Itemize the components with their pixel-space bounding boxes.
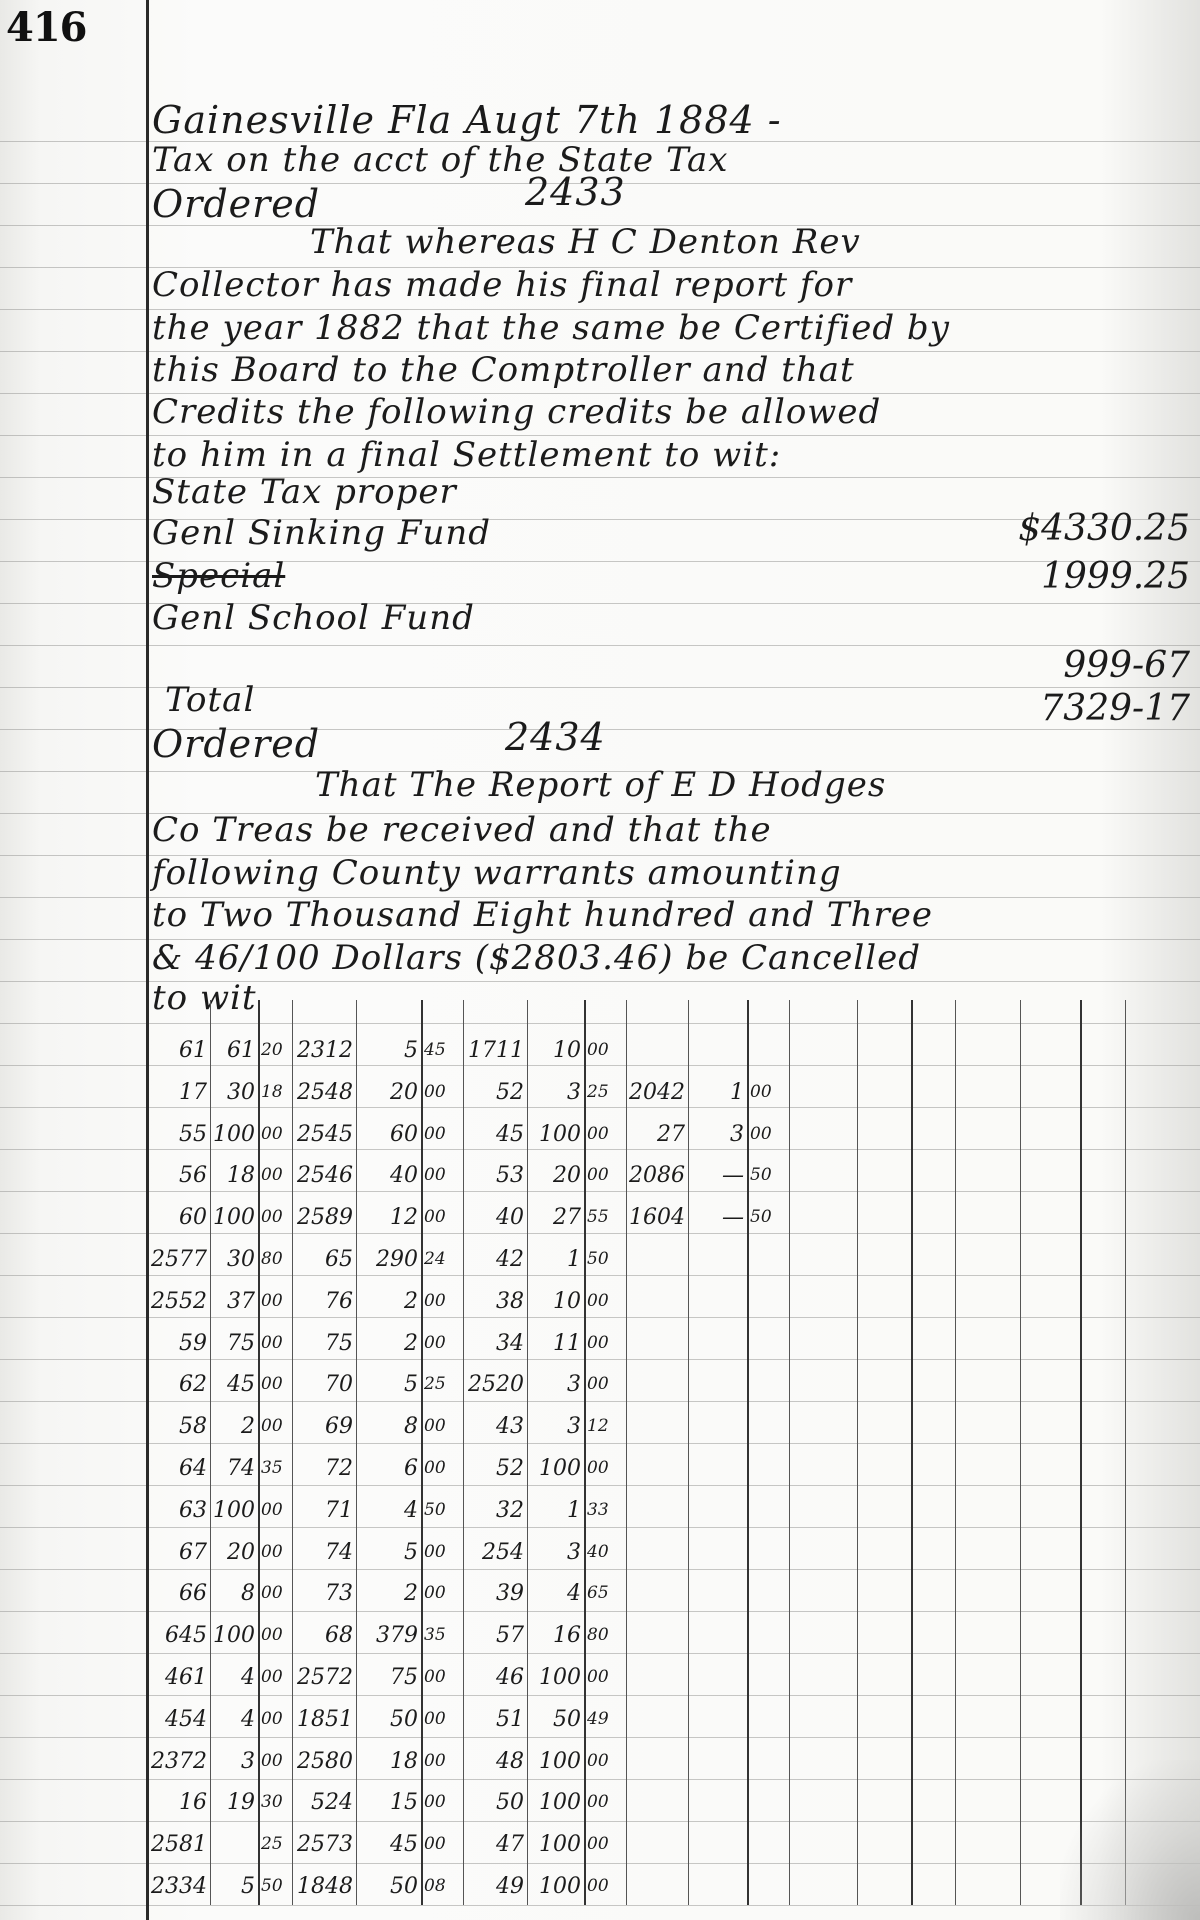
cell-warrant-number: 46 [463, 1657, 527, 1698]
cell-warrant-number: 1604 [626, 1197, 688, 1238]
cell-cents [747, 1030, 789, 1071]
table-row: 561800254640005320002086—50 [148, 1155, 1198, 1196]
order-2433-line-4: this Board to the Comptroller and that [152, 350, 855, 390]
cell-cents: 00 [258, 1532, 292, 1573]
cell-warrant-number [626, 1030, 688, 1071]
cell-cents [747, 1782, 789, 1823]
cell-cents: 00 [584, 1657, 626, 1698]
cell-cents [747, 1615, 789, 1656]
cell-cents [747, 1573, 789, 1614]
table-row: 624500705252520300 [148, 1364, 1198, 1405]
cell-cents [747, 1741, 789, 1782]
cell-warrant-number: 53 [463, 1155, 527, 1196]
cell-warrant-number: 64 [148, 1448, 210, 1489]
cell-cents: 00 [421, 1573, 463, 1614]
cell-cents: 00 [258, 1573, 292, 1614]
cell-dollars: 5 [356, 1532, 421, 1573]
table-row: 25773080652902442150 [148, 1239, 1198, 1280]
page-corner-shadow [1060, 1760, 1200, 1920]
cell-dollars: 40 [356, 1155, 421, 1196]
cell-cents: 00 [584, 1741, 626, 1782]
cell-dollars: 1 [527, 1490, 584, 1531]
cell-dollars: 10 [527, 1030, 584, 1071]
cell-warrant-number: 70 [292, 1364, 356, 1405]
cell-warrant-number: 2589 [292, 1197, 356, 1238]
cell-dollars [210, 1824, 258, 1865]
cell-warrant-number [626, 1448, 688, 1489]
cell-dollars: 3 [527, 1364, 584, 1405]
cell-warrant-number: 60 [148, 1197, 210, 1238]
cell-dollars: 100 [527, 1866, 584, 1907]
cell-warrant-number: 2312 [292, 1030, 356, 1071]
cell-cents: 80 [258, 1239, 292, 1280]
cell-warrant-number: 58 [148, 1406, 210, 1447]
cell-dollars [688, 1699, 747, 1740]
cell-dollars: 2 [356, 1573, 421, 1614]
table-row: 2372300258018004810000 [148, 1741, 1198, 1782]
cell-warrant-number: 2086 [626, 1155, 688, 1196]
cell-warrant-number [626, 1615, 688, 1656]
cell-cents: 00 [258, 1155, 292, 1196]
cell-cents: 00 [421, 1197, 463, 1238]
order-2433-label: Ordered [152, 182, 320, 226]
cell-warrant-number: 48 [463, 1741, 527, 1782]
cell-dollars: 45 [356, 1824, 421, 1865]
cell-dollars: 75 [356, 1657, 421, 1698]
cell-warrant-number: 2572 [292, 1657, 356, 1698]
order-2433-line-5: Credits the following credits be allowed [152, 392, 881, 432]
cell-cents: 49 [584, 1699, 626, 1740]
cell-dollars: 30 [210, 1239, 258, 1280]
cell-cents: 00 [421, 1323, 463, 1364]
cell-cents: 00 [584, 1030, 626, 1071]
cell-dollars: 4 [210, 1657, 258, 1698]
cell-cents: 00 [258, 1615, 292, 1656]
cell-warrant-number: 524 [292, 1782, 356, 1823]
cell-cents: 33 [584, 1490, 626, 1531]
cell-cents: 00 [258, 1699, 292, 1740]
cell-warrant-number: 1711 [463, 1030, 527, 1071]
cell-cents [747, 1657, 789, 1698]
cell-warrant-number: 2580 [292, 1741, 356, 1782]
cell-dollars [688, 1657, 747, 1698]
cell-dollars: 20 [210, 1532, 258, 1573]
table-row: 668007320039465 [148, 1573, 1198, 1614]
cell-cents: 25 [584, 1072, 626, 1113]
cell-dollars [688, 1406, 747, 1447]
cell-cents: 00 [584, 1281, 626, 1322]
order-2434-line-2: Co Treas be received and that the [152, 810, 772, 850]
cell-dollars: 100 [527, 1114, 584, 1155]
cell-dollars [688, 1866, 747, 1907]
cell-dollars: 74 [210, 1448, 258, 1489]
cell-dollars [688, 1741, 747, 1782]
cell-cents: 00 [421, 1699, 463, 1740]
cell-warrant-number: 49 [463, 1866, 527, 1907]
cell-warrant-number: 50 [463, 1782, 527, 1823]
cell-dollars [688, 1239, 747, 1280]
heading-subject-line: Tax on the acct of the State Tax [152, 140, 728, 180]
cell-cents: 55 [584, 1197, 626, 1238]
cell-dollars [688, 1782, 747, 1823]
cell-warrant-number: 2042 [626, 1072, 688, 1113]
cell-warrant-number: 47 [463, 1824, 527, 1865]
cell-dollars [688, 1573, 747, 1614]
cell-dollars: 75 [210, 1323, 258, 1364]
cell-cents: 00 [421, 1406, 463, 1447]
cell-warrant-number: 2545 [292, 1114, 356, 1155]
order-2433-line-1: That whereas H C Denton Rev [310, 222, 861, 262]
cell-dollars: 100 [527, 1824, 584, 1865]
heading-date-line: Gainesville Fla Augt 7th 1884 - [152, 98, 782, 142]
cell-warrant-number: 63 [148, 1490, 210, 1531]
cell-dollars: 290 [356, 1239, 421, 1280]
cell-cents: 00 [747, 1072, 789, 1113]
cell-dollars: 3 [527, 1406, 584, 1447]
cell-warrant-number: 56 [148, 1155, 210, 1196]
cell-warrant-number: 55 [148, 1114, 210, 1155]
item-special-label: Special [152, 556, 285, 596]
cell-dollars: 18 [210, 1155, 258, 1196]
cell-cents: 00 [258, 1741, 292, 1782]
cell-warrant-number: 62 [148, 1364, 210, 1405]
cell-dollars: 45 [210, 1364, 258, 1405]
cell-dollars: 11 [527, 1323, 584, 1364]
order-2433-line-6: to him in a final Settlement to wit: [152, 435, 781, 475]
cell-warrant-number: 67 [148, 1532, 210, 1573]
cell-cents: 00 [584, 1114, 626, 1155]
cell-cents [747, 1490, 789, 1531]
table-row: 461400257275004610000 [148, 1657, 1198, 1698]
cell-warrant-number [626, 1699, 688, 1740]
cell-warrant-number [626, 1532, 688, 1573]
cell-cents: 00 [421, 1532, 463, 1573]
table-row: 551000025456000451000027300 [148, 1114, 1198, 1155]
cell-warrant-number: 43 [463, 1406, 527, 1447]
cell-warrant-number: 17 [148, 1072, 210, 1113]
cell-warrant-number [626, 1490, 688, 1531]
cell-warrant-number [626, 1406, 688, 1447]
cell-warrant-number: 45 [463, 1114, 527, 1155]
cell-cents: 00 [421, 1281, 463, 1322]
cell-cents: 18 [258, 1072, 292, 1113]
cell-cents: 65 [584, 1573, 626, 1614]
order-2434-number: 2434 [505, 715, 606, 759]
cell-warrant-number: 1848 [292, 1866, 356, 1907]
cell-cents: 30 [258, 1782, 292, 1823]
item-genl-sinking-fund-label: Genl Sinking Fund [152, 513, 491, 553]
order-2434-label: Ordered [152, 722, 320, 766]
cell-warrant-number: 75 [292, 1323, 356, 1364]
cell-cents [747, 1532, 789, 1573]
cell-dollars: 50 [356, 1699, 421, 1740]
cell-warrant-number: 461 [148, 1657, 210, 1698]
table-row: 6010000258912004027551604—50 [148, 1197, 1198, 1238]
table-row: 17301825482000523252042100 [148, 1072, 1198, 1113]
cell-warrant-number: 2581 [148, 1824, 210, 1865]
cell-warrant-number: 2573 [292, 1824, 356, 1865]
cell-dollars: 10 [527, 1281, 584, 1322]
cell-warrant-number: 2548 [292, 1072, 356, 1113]
cell-warrant-number: 59 [148, 1323, 210, 1364]
cell-warrant-number: 72 [292, 1448, 356, 1489]
cell-warrant-number [626, 1364, 688, 1405]
cell-dollars: 3 [688, 1114, 747, 1155]
cell-cents: 00 [421, 1155, 463, 1196]
table-row: 59750075200341100 [148, 1323, 1198, 1364]
cell-dollars [688, 1490, 747, 1531]
cell-warrant-number: 52 [463, 1072, 527, 1113]
cell-cents: 00 [258, 1490, 292, 1531]
order-2434-line-1: That The Report of E D Hodges [315, 765, 886, 805]
item-school-fund-amount: 999-67 [990, 645, 1190, 686]
cell-cents: 00 [258, 1364, 292, 1405]
cell-cents: 00 [258, 1281, 292, 1322]
cell-warrant-number: 1851 [292, 1699, 356, 1740]
cell-cents: 80 [584, 1615, 626, 1656]
cell-dollars [688, 1448, 747, 1489]
cell-dollars: 100 [210, 1490, 258, 1531]
item-genl-sinking-fund-amount: $4330.25 [990, 508, 1190, 549]
cell-cents: 24 [421, 1239, 463, 1280]
cell-cents [747, 1824, 789, 1865]
cell-cents: 00 [584, 1155, 626, 1196]
cell-cents [747, 1866, 789, 1907]
cell-warrant-number [626, 1323, 688, 1364]
cell-dollars: 8 [356, 1406, 421, 1447]
table-row: 2552370076200381000 [148, 1281, 1198, 1322]
order-2434-line-4: to Two Thousand Eight hundred and Three [152, 895, 933, 935]
cell-warrant-number: 57 [463, 1615, 527, 1656]
cell-dollars: 50 [527, 1699, 584, 1740]
cell-dollars: 15 [356, 1782, 421, 1823]
cell-cents: 00 [584, 1782, 626, 1823]
cell-cents: 00 [421, 1448, 463, 1489]
cell-warrant-number: 38 [463, 1281, 527, 1322]
cell-dollars: 2 [356, 1323, 421, 1364]
cell-dollars [688, 1281, 747, 1322]
cell-dollars: 61 [210, 1030, 258, 1071]
cell-dollars: 20 [356, 1072, 421, 1113]
cell-dollars: 5 [210, 1866, 258, 1907]
cell-cents: 35 [258, 1448, 292, 1489]
cell-dollars [688, 1824, 747, 1865]
cell-cents [747, 1448, 789, 1489]
cell-dollars [688, 1532, 747, 1573]
cell-warrant-number: 69 [292, 1406, 356, 1447]
cell-dollars: 100 [527, 1657, 584, 1698]
cell-dollars: 27 [527, 1197, 584, 1238]
table-row: 647435726005210000 [148, 1448, 1198, 1489]
cell-warrant-number [626, 1573, 688, 1614]
cell-warrant-number: 2546 [292, 1155, 356, 1196]
cell-warrant-number: 2372 [148, 1741, 210, 1782]
cell-warrant-number [626, 1239, 688, 1280]
cell-dollars: 2 [210, 1406, 258, 1447]
cell-cents: 50 [747, 1155, 789, 1196]
cell-warrant-number: 65 [292, 1239, 356, 1280]
cell-cents: 50 [747, 1197, 789, 1238]
cell-dollars [688, 1364, 747, 1405]
cell-warrant-number: 40 [463, 1197, 527, 1238]
cell-dollars: 37 [210, 1281, 258, 1322]
cell-warrant-number: 2520 [463, 1364, 527, 1405]
total-label: Total [165, 680, 255, 720]
cell-cents: 08 [421, 1866, 463, 1907]
cell-cents: 00 [258, 1406, 292, 1447]
cell-dollars: 2 [356, 1281, 421, 1322]
cell-cents: 00 [258, 1657, 292, 1698]
cell-cents [747, 1364, 789, 1405]
cell-dollars: 20 [527, 1155, 584, 1196]
cell-cents: 50 [258, 1866, 292, 1907]
cell-cents: 00 [584, 1824, 626, 1865]
cell-dollars: 4 [356, 1490, 421, 1531]
cell-cents: 00 [747, 1114, 789, 1155]
order-2434-line-3: following County warrants amounting [152, 853, 842, 893]
cell-warrant-number [626, 1741, 688, 1782]
cell-warrant-number: 2334 [148, 1866, 210, 1907]
cell-dollars: 30 [210, 1072, 258, 1113]
cell-warrant-number: 73 [292, 1573, 356, 1614]
cell-dollars: 6 [356, 1448, 421, 1489]
cell-cents: 20 [258, 1030, 292, 1071]
cell-cents: 45 [421, 1030, 463, 1071]
cell-warrant-number: 16 [148, 1782, 210, 1823]
cell-warrant-number: 254 [463, 1532, 527, 1573]
cell-cents: 00 [421, 1114, 463, 1155]
cell-cents: 00 [421, 1741, 463, 1782]
cell-cents: 50 [584, 1239, 626, 1280]
cell-warrant-number: 42 [463, 1239, 527, 1280]
item-special-amount: 1999.25 [990, 556, 1190, 597]
cell-warrant-number [626, 1866, 688, 1907]
cell-dollars: 100 [527, 1782, 584, 1823]
table-row: 63100007145032133 [148, 1490, 1198, 1531]
total-amount: 7329-17 [990, 688, 1190, 729]
cell-warrant-number [626, 1782, 688, 1823]
cell-warrant-number: 76 [292, 1281, 356, 1322]
cell-warrant-number: 66 [148, 1573, 210, 1614]
cell-warrant-number: 61 [148, 1030, 210, 1071]
cell-cents [747, 1323, 789, 1364]
cell-dollars: 4 [210, 1699, 258, 1740]
cell-dollars: 50 [356, 1866, 421, 1907]
cell-cents: 00 [421, 1782, 463, 1823]
cell-cents: 25 [421, 1364, 463, 1405]
cell-cents [747, 1699, 789, 1740]
cell-cents: 00 [421, 1824, 463, 1865]
table-row: 582006980043312 [148, 1406, 1198, 1447]
cell-dollars: 100 [210, 1114, 258, 1155]
table-row: 645100006837935571680 [148, 1615, 1198, 1656]
cell-cents: 00 [584, 1364, 626, 1405]
cell-cents: 00 [258, 1114, 292, 1155]
cell-warrant-number: 74 [292, 1532, 356, 1573]
cell-dollars [688, 1615, 747, 1656]
cell-dollars: 3 [527, 1532, 584, 1573]
order-2434-line-6: to wit [152, 978, 257, 1018]
cell-dollars: 18 [356, 1741, 421, 1782]
cell-warrant-number: 2577 [148, 1239, 210, 1280]
cell-dollars: — [688, 1155, 747, 1196]
cell-cents: 35 [421, 1615, 463, 1656]
cell-dollars: 379 [356, 1615, 421, 1656]
cell-dollars: 4 [527, 1573, 584, 1614]
cell-cents [747, 1281, 789, 1322]
cell-warrant-number [626, 1824, 688, 1865]
table-row: 67200074500254340 [148, 1532, 1198, 1573]
cell-dollars [688, 1323, 747, 1364]
cell-dollars: 19 [210, 1782, 258, 1823]
cell-cents: 25 [258, 1824, 292, 1865]
ledger-page: 416 Gainesville Fla Augt 7th 1884 - Tax … [0, 0, 1200, 1920]
cell-cents [747, 1406, 789, 1447]
cell-dollars: 100 [527, 1448, 584, 1489]
cell-warrant-number: 68 [292, 1615, 356, 1656]
table-row: 616120231254517111000 [148, 1030, 1198, 1071]
cell-dollars: 5 [356, 1364, 421, 1405]
cell-dollars [688, 1030, 747, 1071]
cell-dollars: 60 [356, 1114, 421, 1155]
cell-cents [747, 1239, 789, 1280]
cell-cents: 00 [421, 1072, 463, 1113]
cell-cents: 00 [584, 1866, 626, 1907]
cell-cents: 50 [421, 1490, 463, 1531]
cell-warrant-number: 34 [463, 1323, 527, 1364]
cell-cents: 00 [584, 1448, 626, 1489]
cell-warrant-number: 2552 [148, 1281, 210, 1322]
cell-cents: 00 [584, 1323, 626, 1364]
cell-dollars: 8 [210, 1573, 258, 1614]
cell-dollars: 3 [210, 1741, 258, 1782]
cell-dollars: 100 [210, 1615, 258, 1656]
cell-dollars: 16 [527, 1615, 584, 1656]
cell-dollars: 3 [527, 1072, 584, 1113]
table-row: 2334550184850084910000 [148, 1866, 1198, 1907]
cell-warrant-number: 32 [463, 1490, 527, 1531]
order-2433-number: 2433 [525, 170, 626, 214]
cell-dollars: 1 [688, 1072, 747, 1113]
cell-cents: 00 [421, 1657, 463, 1698]
cell-warrant-number: 51 [463, 1699, 527, 1740]
cell-cents: 00 [258, 1197, 292, 1238]
item-genl-school-fund-label: Genl School Fund [152, 598, 475, 638]
order-2433-line-7: State Tax proper [152, 472, 457, 512]
order-2433-line-2: Collector has made his final report for [152, 265, 852, 305]
cell-dollars: 12 [356, 1197, 421, 1238]
table-row: 45440018515000515049 [148, 1699, 1198, 1740]
cell-warrant-number: 52 [463, 1448, 527, 1489]
table-row: 16193052415005010000 [148, 1782, 1198, 1823]
cell-cents: 12 [584, 1406, 626, 1447]
order-2433-line-3: the year 1882 that the same be Certified… [152, 308, 950, 348]
cell-dollars: 1 [527, 1239, 584, 1280]
order-2434-line-5: & 46/100 Dollars ($2803.46) be Cancelled [152, 938, 921, 978]
cell-warrant-number: 454 [148, 1699, 210, 1740]
cell-warrant-number: 39 [463, 1573, 527, 1614]
cell-dollars: — [688, 1197, 747, 1238]
page-number: 416 [6, 4, 87, 51]
cell-warrant-number: 645 [148, 1615, 210, 1656]
cell-warrant-number [626, 1281, 688, 1322]
cell-dollars: 100 [210, 1197, 258, 1238]
cell-warrant-number [626, 1657, 688, 1698]
cell-warrant-number: 71 [292, 1490, 356, 1531]
cell-cents: 40 [584, 1532, 626, 1573]
cell-dollars: 5 [356, 1030, 421, 1071]
cell-dollars: 100 [527, 1741, 584, 1782]
